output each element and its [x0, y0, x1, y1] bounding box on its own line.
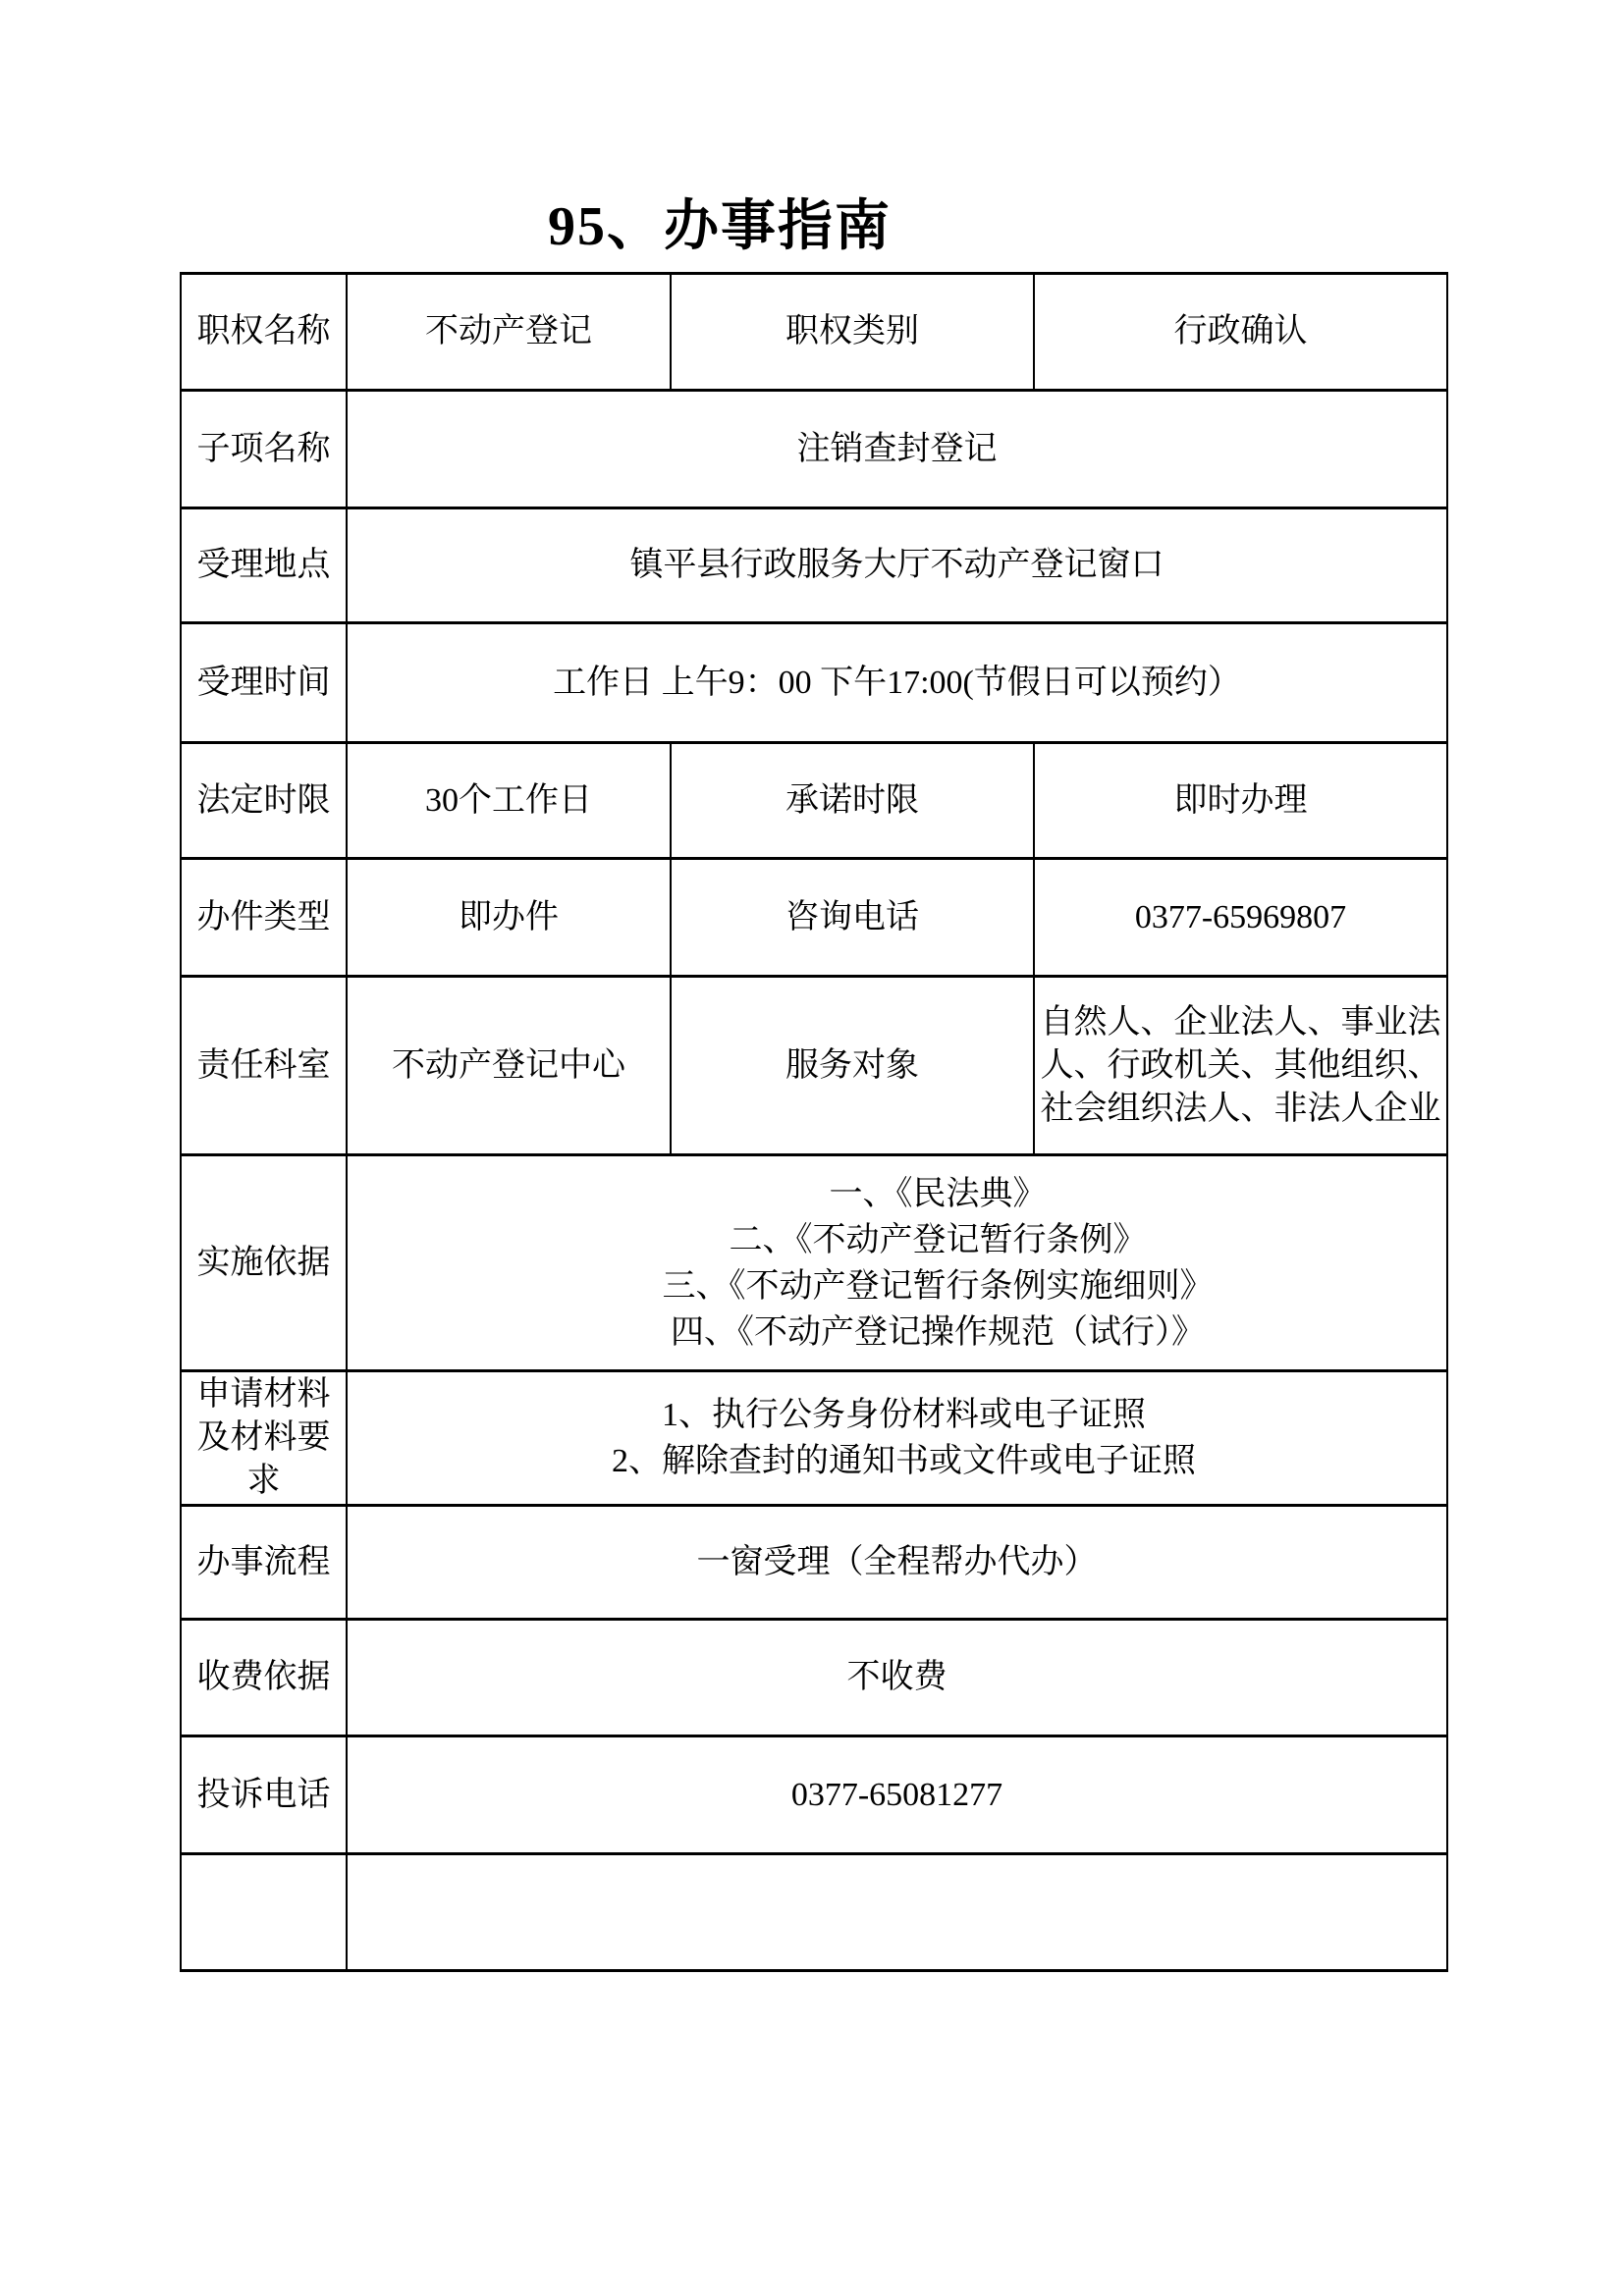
cell-legal-limit-value: 30个工作日 — [347, 743, 671, 859]
table-row-authority: 职权名称 不动产登记 职权类别 行政确认 — [181, 274, 1447, 391]
row-label-process: 办事流程 — [181, 1506, 347, 1620]
table-row-case-type: 办件类型 即办件 咨询电话 0377-65969807 — [181, 859, 1447, 977]
row-label-accept-location: 受理地点 — [181, 508, 347, 623]
legal-basis-item: 三、《不动产登记暂行条例实施细则》 — [429, 1263, 1446, 1309]
row-label-legal-basis: 实施依据 — [181, 1155, 347, 1371]
legal-basis-item: 二、《不动产登记暂行条例》 — [429, 1217, 1446, 1263]
table-row-fee-basis: 收费依据 不收费 — [181, 1620, 1447, 1736]
table-row-time: 受理时间 工作日 上午9：00 下午17:00(节假日可以预约） — [181, 623, 1447, 743]
cell-subitem-value: 注销查封登记 — [347, 391, 1447, 508]
row-label-authority-type: 职权类别 — [671, 274, 1034, 391]
service-guide-table: 职权名称 不动产登记 职权类别 行政确认 子项名称 注销查封登记 受理地点 镇平… — [180, 272, 1448, 1972]
table-row-subitem: 子项名称 注销查封登记 — [181, 391, 1447, 508]
cell-authority-type-value: 行政确认 — [1034, 274, 1447, 391]
cell-legal-basis-value: 一、《民法典》 二、《不动产登记暂行条例》 三、《不动产登记暂行条例实施细则》 … — [347, 1155, 1447, 1371]
row-label-promise-limit: 承诺时限 — [671, 743, 1034, 859]
cell-process-value: 一窗受理（全程帮办代办） — [347, 1506, 1447, 1620]
cell-case-type-value: 即办件 — [347, 859, 671, 977]
row-label-empty — [181, 1854, 347, 1971]
row-label-inquiry-phone: 咨询电话 — [671, 859, 1034, 977]
cell-fee-basis-value: 不收费 — [347, 1620, 1447, 1736]
table-row-department: 责任科室 不动产登记中心 服务对象 自然人、企业法人、事业法人、行政机关、其他组… — [181, 977, 1447, 1155]
table-row-empty — [181, 1854, 1447, 1971]
cell-complaint-phone-value: 0377-65081277 — [347, 1736, 1447, 1854]
materials-list: 1、执行公务身份材料或电子证照 2、解除查封的通知书或文件或电子证照 — [348, 1392, 1446, 1484]
page-title: 95、办事指南 — [180, 192, 1446, 261]
cell-promise-limit-value: 即时办理 — [1034, 743, 1447, 859]
cell-authority-name-value: 不动产登记 — [347, 274, 671, 391]
row-label-accept-time: 受理时间 — [181, 623, 347, 743]
cell-accept-time-value: 工作日 上午9：00 下午17:00(节假日可以预约） — [347, 623, 1447, 743]
cell-inquiry-phone-value: 0377-65969807 — [1034, 859, 1447, 977]
row-label-service-target: 服务对象 — [671, 977, 1034, 1155]
legal-basis-list: 一、《民法典》 二、《不动产登记暂行条例》 三、《不动产登记暂行条例实施细则》 … — [348, 1171, 1446, 1356]
materials-item: 1、执行公务身份材料或电子证照 — [361, 1392, 1446, 1438]
table-row-materials: 申请材料及材料要求 1、执行公务身份材料或电子证照 2、解除查封的通知书或文件或… — [181, 1371, 1447, 1506]
table-row-complaint-phone: 投诉电话 0377-65081277 — [181, 1736, 1447, 1854]
row-label-complaint-phone: 投诉电话 — [181, 1736, 347, 1854]
table-row-legal-basis: 实施依据 一、《民法典》 二、《不动产登记暂行条例》 三、《不动产登记暂行条例实… — [181, 1155, 1447, 1371]
legal-basis-item: 四、《不动产登记操作规范（试行）》 — [429, 1309, 1446, 1356]
table-row-location: 受理地点 镇平县行政服务大厅不动产登记窗口 — [181, 508, 1447, 623]
table-row-time-limit: 法定时限 30个工作日 承诺时限 即时办理 — [181, 743, 1447, 859]
cell-empty-value — [347, 1854, 1447, 1971]
cell-service-target-value: 自然人、企业法人、事业法人、行政机关、其他组织、社会组织法人、非法人企业 — [1034, 977, 1447, 1155]
cell-materials-value: 1、执行公务身份材料或电子证照 2、解除查封的通知书或文件或电子证照 — [347, 1371, 1447, 1506]
row-label-materials: 申请材料及材料要求 — [181, 1371, 347, 1506]
row-label-fee-basis: 收费依据 — [181, 1620, 347, 1736]
cell-accept-location-value: 镇平县行政服务大厅不动产登记窗口 — [347, 508, 1447, 623]
row-label-case-type: 办件类型 — [181, 859, 347, 977]
row-label-responsible-dept: 责任科室 — [181, 977, 347, 1155]
cell-responsible-dept-value: 不动产登记中心 — [347, 977, 671, 1155]
materials-item: 2、解除查封的通知书或文件或电子证照 — [361, 1438, 1446, 1484]
legal-basis-item: 一、《民法典》 — [429, 1171, 1446, 1217]
row-label-authority-name: 职权名称 — [181, 274, 347, 391]
table-row-process: 办事流程 一窗受理（全程帮办代办） — [181, 1506, 1447, 1620]
row-label-legal-limit: 法定时限 — [181, 743, 347, 859]
row-label-subitem-name: 子项名称 — [181, 391, 347, 508]
